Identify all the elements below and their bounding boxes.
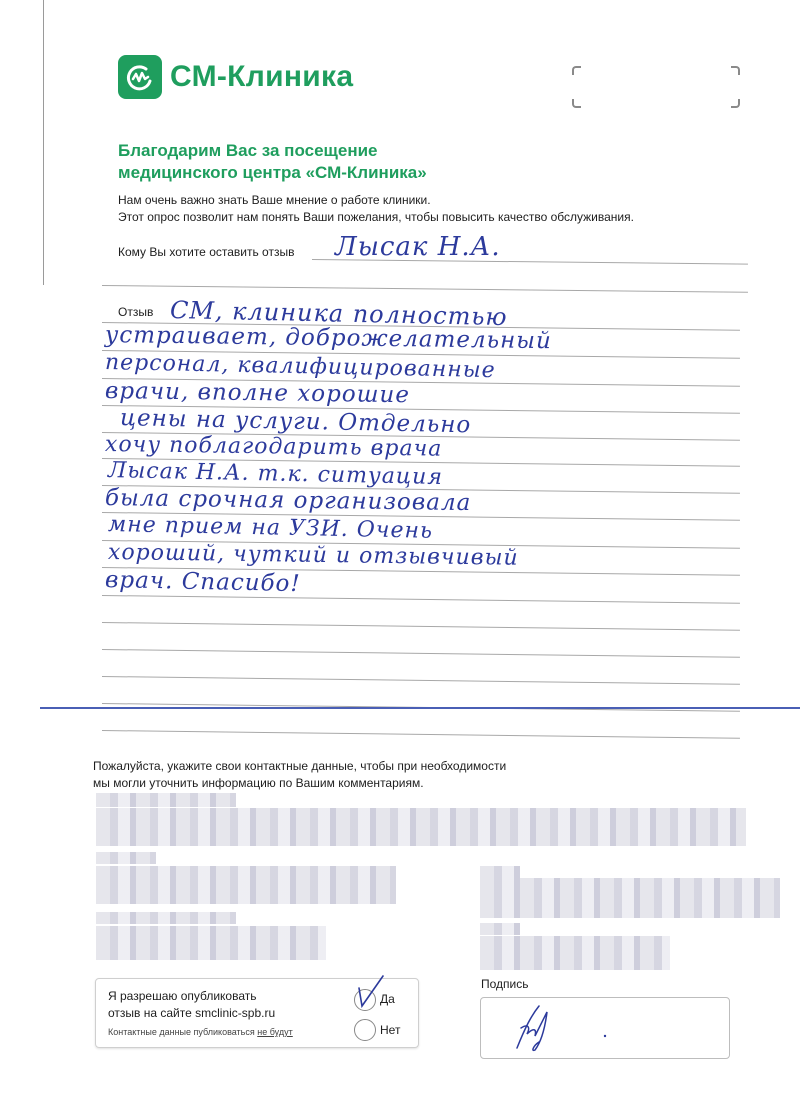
review-line: врачи, вполне хорошие — [105, 378, 410, 408]
recipient-label: Кому Вы хотите оставить отзыв — [118, 245, 294, 259]
frame-corner — [731, 99, 740, 108]
redacted-label-phone — [96, 852, 156, 864]
scan-line — [40, 707, 800, 709]
review-line: была срочная организовала — [105, 485, 472, 516]
consent-no-label: Нет — [380, 1023, 400, 1037]
review-line: хороший, чуткий и отзывчивый — [108, 540, 519, 571]
redacted-name-field[interactable] — [96, 808, 746, 846]
contacts-note: Пожалуйста, укажите свои контактные данн… — [93, 758, 506, 792]
redacted-phone-field[interactable] — [96, 866, 396, 904]
intro-line-1: Нам очень важно знать Ваше мнение о рабо… — [118, 192, 634, 209]
signature-label: Подпись — [481, 977, 529, 991]
signature-mark — [481, 998, 729, 1058]
recipient-rule-2 — [102, 285, 748, 293]
review-rule — [102, 649, 740, 658]
frame-corner — [572, 66, 581, 75]
review-rule — [102, 622, 740, 631]
redacted-email-field[interactable] — [480, 878, 780, 918]
clinic-logo-icon — [118, 55, 162, 99]
consent-yes-label: Да — [380, 992, 395, 1006]
stamp-area — [572, 66, 740, 108]
review-rule — [102, 595, 740, 604]
redacted-date-field[interactable] — [96, 926, 326, 960]
title-line-2: медицинского центра «СМ-Клиника» — [118, 162, 427, 184]
consent-text: Я разрешаю опубликовать отзыв на сайте s… — [108, 988, 275, 1022]
title-line-1: Благодарим Вас за посещение — [118, 140, 427, 162]
signature-field[interactable] — [480, 997, 730, 1059]
review-rule — [102, 730, 740, 739]
consent-note-text: Контактные данные публиковаться — [108, 1027, 257, 1037]
brand-logo: СМ-Клиника — [118, 55, 353, 99]
page-edge — [43, 0, 44, 285]
consent-no-radio[interactable] — [354, 1019, 376, 1041]
review-line: мне прием на УЗИ. Очень — [108, 512, 433, 544]
review-label: Отзыв — [118, 305, 153, 319]
consent-note-emphasis: не будут — [257, 1027, 293, 1037]
consent-yes-radio[interactable] — [354, 989, 376, 1011]
frame-corner — [572, 99, 581, 108]
intro-text: Нам очень важно знать Ваше мнение о рабо… — [118, 192, 634, 226]
publish-consent-box: Я разрешаю опубликовать отзыв на сайте s… — [95, 978, 419, 1048]
intro-line-2: Этот опрос позволит нам понять Ваши поже… — [118, 209, 634, 226]
redacted-other-field[interactable] — [480, 936, 670, 970]
redacted-label-email — [480, 866, 520, 878]
review-line: устраивает, доброжелательный — [105, 322, 552, 354]
review-rule — [102, 676, 740, 685]
consent-line-1: Я разрешаю опубликовать — [108, 988, 275, 1005]
consent-line-2: отзыв на сайте smclinic-spb.ru — [108, 1005, 275, 1022]
review-line: врач. Спасибо! — [105, 567, 301, 597]
brand-name: СМ-Клиника — [170, 60, 353, 94]
redacted-label-date — [96, 912, 236, 924]
redacted-label-other — [480, 923, 520, 935]
redacted-label-name — [96, 793, 236, 807]
recipient-field[interactable]: Лысак Н.А. — [335, 232, 501, 262]
contacts-note-line-1: Пожалуйста, укажите свои контактные данн… — [93, 758, 506, 775]
page-title: Благодарим Вас за посещение медицинского… — [118, 140, 427, 184]
contacts-note-line-2: мы могли уточнить информацию по Вашим ко… — [93, 775, 506, 792]
review-line: хочу поблагодарить врача — [105, 432, 443, 462]
consent-note: Контактные данные публиковаться не будут — [108, 1027, 293, 1037]
frame-corner — [731, 66, 740, 75]
